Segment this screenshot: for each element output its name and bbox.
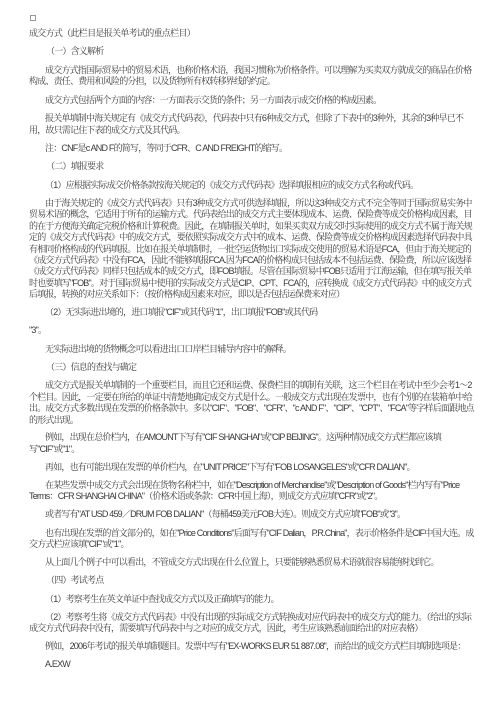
para-exam-point-2: （2）考察考生将《成交方式代码表》中没有出现的实际成交方式转换成对应代码表中的成…	[29, 612, 476, 635]
para-rule-1-explanation: 由于海关规定的《成交方式代码表》只有3种成交方式可供选择填报，所以这3种成交方式…	[29, 198, 476, 301]
para-example-drum: 或者写有"AT USD 459／DRUM FOB DALIAN"（每桶459美元…	[29, 509, 476, 521]
para-info-lookup-intro: 成交方式是报关单填制的一个重要栏目，而且它还和运费、保费栏目的填制有关联，这三个…	[29, 380, 476, 426]
para-definition: 成交方式指国际贸易中的贸易术语，也称价格术语，我国习惯称为价格条件。可以理解为买…	[29, 65, 476, 89]
page-title: 成交方式（此栏目是报关单考试的重点栏目）	[29, 28, 476, 40]
para-no-entry-exit-note: 无实际进出境的货物概念可以看进出口口岸栏目辅导内容中的解释。	[29, 344, 476, 356]
para-cnf-note: 注：CNF是c AND F的简写，等同于CFR、C AND FREIGHT的缩写…	[29, 143, 476, 155]
heading-exam-points: （四）考试考点	[29, 575, 476, 587]
para-option-a-exw: A.EXW	[29, 659, 476, 671]
heading-info-lookup: （三）信息的查找与确定	[29, 362, 476, 374]
para-example-unit-price: 再如，也有可能出现在发票的单价栏内，在"UNIT PRICE"下写有"FOB L…	[29, 462, 476, 474]
para-examples-summary: 从上面几个例子中可以看出，不管成交方式出现在什么位置上，只要能够熟悉贸易术语就很…	[29, 557, 476, 569]
heading-meaning: （一）含义解析	[29, 46, 476, 58]
para-exam-point-1: （1）考察考生在英文单证中查找成交方式以及正确填写的能力。	[29, 594, 476, 606]
heading-filling-rules: （二）填报要求	[29, 161, 476, 173]
para-rule-1: （1）应根据实际成交价格条款按海关规定的《成交方式代码表》选择填报相应的成交方式…	[29, 180, 476, 192]
para-example-description: 在某些发票中成交方式会出现在货物名称栏中，如在"Description of M…	[29, 480, 476, 503]
para-rule-2: （2）无实际进出境的，进口填报"CIF"或其代码"1"，出口填报"FOB"或其代…	[29, 307, 476, 319]
para-code-table: 报关单填制中海关规定有《成交方式代码表》，代码表中只有6种成交方式，但除了下表中…	[29, 113, 476, 137]
para-example-amount: 例如，出现在总价栏内，在AMOUNT下写有"CIF SHANGHAI"或"CIP…	[29, 432, 476, 455]
para-rule-2-continuation: "3"。	[29, 325, 476, 337]
para-example-conditions: 也有出现在发票的首文部分的，如在"Price Conditions"后面写有"C…	[29, 528, 476, 551]
para-two-aspects: 成交方式包括两个方面的内容：一方面表示交货的条件；另一方面表示成交价格的构成因素…	[29, 95, 476, 107]
empty-box-marker	[30, 15, 36, 21]
document-page: 成交方式（此栏目是报关单考试的重点栏目） （一）含义解析 成交方式指国际贸易中的…	[0, 0, 504, 713]
para-exam-example-2006: 例如，2006年考试的报关单填制题目。发票中写有"EX-WORKS EUR 51…	[29, 641, 476, 653]
